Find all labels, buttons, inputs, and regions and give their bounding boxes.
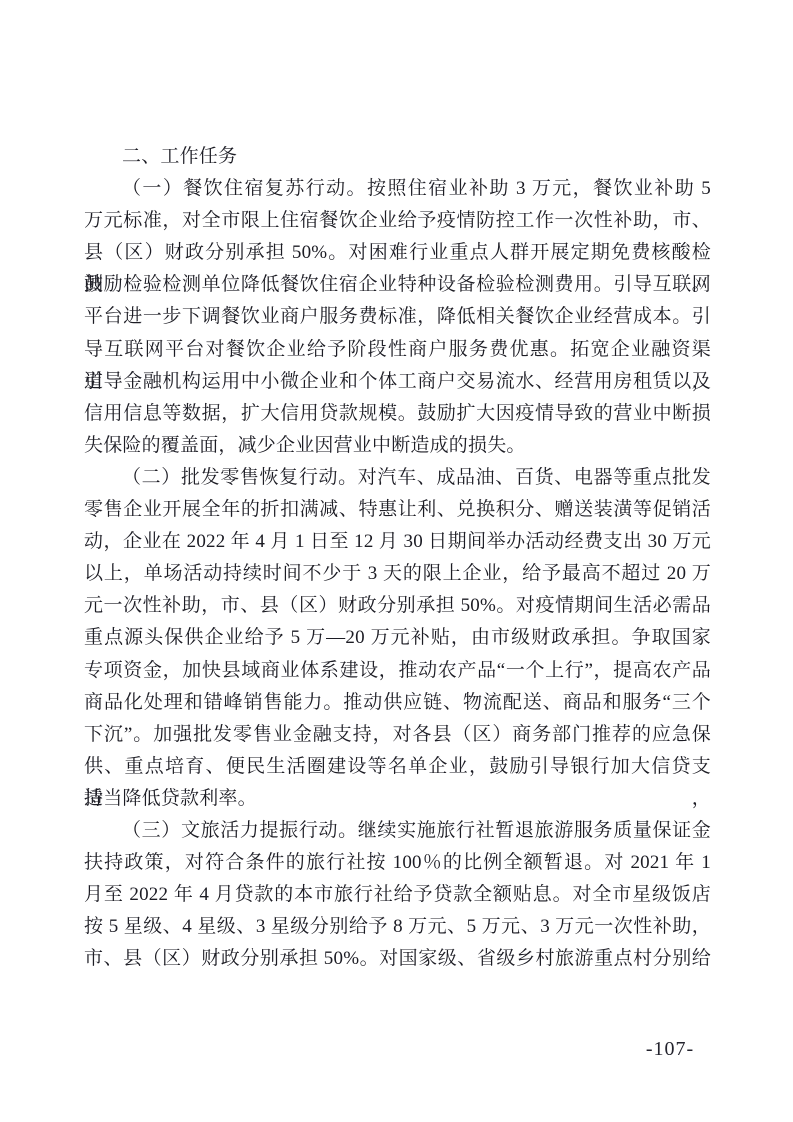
text-line: 零售企业开展全年的折扣满减、特惠让利、兑换积分、赠送装潢等促销活 bbox=[84, 494, 711, 526]
text-line: 导互联网平台对餐饮企业给予阶段性商户服务费优惠。拓宽企业融资渠道， bbox=[84, 334, 711, 366]
text-line: 平台进一步下调餐饮业商户服务费标准，降低相关餐饮企业经营成本。引 bbox=[84, 301, 711, 333]
document-page: 二、工作任务 （一）餐饮住宿复苏行动。按照住宿业补助 3 万元，餐饮业补助 5 … bbox=[0, 0, 793, 1122]
text-line: 月至 2022 年 4 月贷款的本市旅行社给予贷款全额贴息。对全市星级饭店 bbox=[84, 879, 711, 911]
text-line: 按 5 星级、4 星级、3 星级分别给予 8 万元、5 万元、3 万元一次性补助… bbox=[84, 911, 711, 943]
text-line: 供、重点培育、便民生活圈建设等名单企业，鼓励引导银行加大信贷支持， bbox=[84, 751, 711, 783]
text-line: 专项资金，加快县域商业体系建设，推动农产品“一个上行”，提高农产品 bbox=[84, 655, 711, 687]
text-line: 以上，单场活动持续时间不少于 3 天的限上企业，给予最高不超过 20 万 bbox=[84, 558, 711, 590]
text-line: 鼓励检验检测单位降低餐饮住宿企业特种设备检验检测费用。引导互联网 bbox=[84, 269, 711, 301]
paragraph-1: （一）餐饮住宿复苏行动。按照住宿业补助 3 万元，餐饮业补助 5 万元标准，对全… bbox=[84, 173, 711, 462]
text-line: （二）批发零售恢复行动。对汽车、成品油、百货、电器等重点批发 bbox=[84, 462, 711, 494]
text-line: （三）文旅活力提振行动。继续实施旅行社暂退旅游服务质量保证金 bbox=[84, 815, 711, 847]
section-heading: 二、工作任务 bbox=[84, 141, 711, 173]
text-line: 元一次性补助，市、县（区）财政分别承担 50%。对疫情期间生活必需品 bbox=[84, 590, 711, 622]
text-line: 引导金融机构运用中小微企业和个体工商户交易流水、经营用房租赁以及 bbox=[84, 366, 711, 398]
text-line: 信用信息等数据，扩大信用贷款规模。鼓励扩大因疫情导致的营业中断损 bbox=[84, 398, 711, 430]
paragraph-3: （三）文旅活力提振行动。继续实施旅行社暂退旅游服务质量保证金 扶持政策，对符合条… bbox=[84, 815, 711, 975]
document-body: 二、工作任务 （一）餐饮住宿复苏行动。按照住宿业补助 3 万元，餐饮业补助 5 … bbox=[84, 141, 711, 975]
page-number: -107- bbox=[640, 1038, 700, 1061]
text-line: 市、县（区）财政分别承担 50%。对国家级、省级乡村旅游重点村分别给 bbox=[84, 943, 711, 975]
text-line: 扶持政策，对符合条件的旅行社按 100％的比例全额暂退。对 2021 年 1 bbox=[84, 847, 711, 879]
text-line: 商品化处理和错峰销售能力。推动供应链、物流配送、商品和服务“三个 bbox=[84, 687, 711, 719]
text-line: 县（区）财政分别承担 50%。对困难行业重点人群开展定期免费核酸检测。 bbox=[84, 237, 711, 269]
text-line: 失保险的覆盖面，减少企业因营业中断造成的损失。 bbox=[84, 430, 711, 462]
text-line: 万元标准，对全市限上住宿餐饮企业给予疫情防控工作一次性补助，市、 bbox=[84, 205, 711, 237]
paragraph-2: （二）批发零售恢复行动。对汽车、成品油、百货、电器等重点批发 零售企业开展全年的… bbox=[84, 462, 711, 815]
text-line: 下沉”。加强批发零售业金融支持，对各县（区）商务部门推荐的应急保 bbox=[84, 719, 711, 751]
text-line: （一）餐饮住宿复苏行动。按照住宿业补助 3 万元，餐饮业补助 5 bbox=[84, 173, 711, 205]
text-line: 动，企业在 2022 年 4 月 1 日至 12 月 30 日期间举办活动经费支… bbox=[84, 526, 711, 558]
text-line: 重点源头保供企业给予 5 万—20 万元补贴，由市级财政承担。争取国家 bbox=[84, 622, 711, 654]
